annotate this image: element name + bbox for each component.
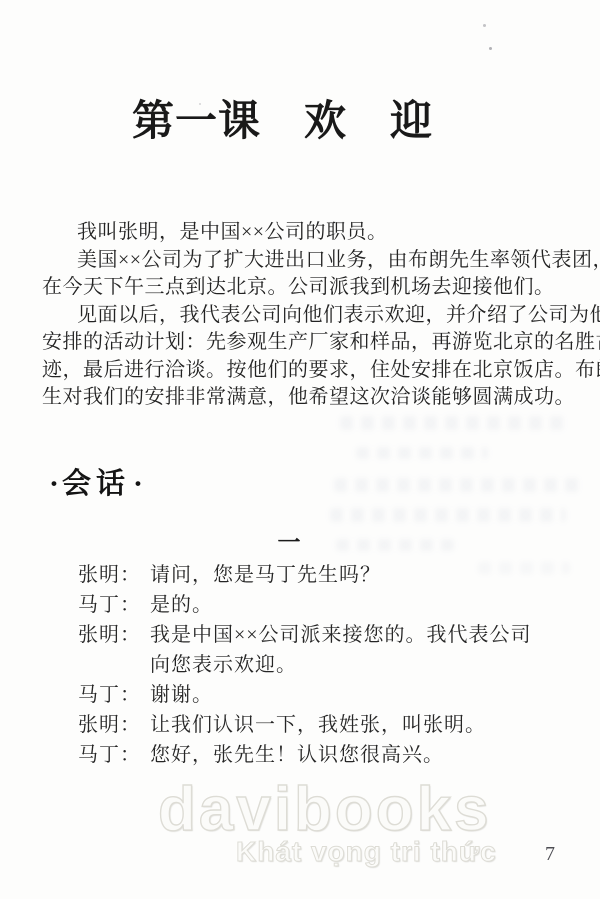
bleedthrough-artifact [330, 508, 566, 522]
utterance: 您好，张先生！认识您很高兴。 [150, 740, 558, 770]
utterance-line: 谢谢。 [150, 680, 558, 710]
bleedthrough-artifact [336, 539, 454, 551]
paragraph-line: 我叫张明，是中国××公司的职员。 [42, 219, 558, 247]
bleedthrough-artifact [334, 478, 582, 492]
watermark-brand: davibooks [158, 779, 492, 841]
paragraph: 我叫张明，是中国××公司的职员。 [42, 219, 558, 247]
utterance-line: 您好，张先生！认识您很高兴。 [150, 740, 558, 770]
paragraph-line: 安排的活动计划：先参观生产厂家和样品，再游览北京的名胜古 [42, 329, 558, 357]
bullet-icon: • [51, 474, 57, 493]
narration-text: 我叫张明，是中国××公司的职员。 美国××公司为了扩大进出口业务，由布朗先生率领… [42, 219, 558, 412]
dialogue-row: 张明： 让我们认识一下，我姓张，叫张明。 [78, 710, 558, 740]
dialogue-row: 马丁： 您好，张先生！认识您很高兴。 [78, 740, 558, 770]
book-page: 第一课 欢 迎 我叫张明，是中国××公司的职员。 美国××公司为了扩大进出口业务… [0, 0, 600, 899]
speaker-name: 马丁： [78, 740, 150, 770]
speaker-name: 马丁： [78, 680, 150, 710]
paragraph: 美国××公司为了扩大进出口业务，由布朗先生率领代表团， 在今天下午三点到达北京。… [42, 247, 558, 302]
paragraph-line: 美国××公司为了扩大进出口业务，由布朗先生率领代表团， [42, 247, 558, 275]
utterance: 谢谢。 [150, 680, 558, 710]
utterance: 让我们认识一下，我姓张，叫张明。 [150, 710, 558, 740]
dialogue-block: 张明： 请问，您是马丁先生吗？ 马丁： 是的。 张明： [78, 560, 558, 770]
utterance-line: 是的。 [150, 590, 558, 620]
speaker-name: 马丁： [78, 590, 150, 620]
bleedthrough-artifact [356, 447, 488, 459]
lesson-title: 第一课 欢 迎 [0, 88, 565, 148]
page-number: 7 [538, 843, 562, 866]
utterance-line: 向您表示欢迎。 [150, 650, 558, 680]
section-header-conversation: •会话• [46, 461, 146, 502]
section-label: 会话 [62, 468, 130, 500]
bleedthrough-artifact [478, 562, 570, 574]
speaker-name: 张明： [78, 620, 150, 650]
paragraph-line: 见面以后，我代表公司向他们表示欢迎，并介绍了公司为他们 [42, 302, 558, 330]
dialogue-row: 马丁： 是的。 [78, 590, 558, 620]
bullet-icon: • [135, 474, 141, 493]
dialogue-row: 张明： 我是中国××公司派来接您的。我代表公司 向您表示欢迎。 [78, 620, 558, 680]
speaker-name: 张明： [78, 710, 150, 740]
scan-speck [199, 103, 201, 105]
utterance-line: 让我们认识一下，我姓张，叫张明。 [150, 710, 558, 740]
utterance-line: 我是中国××公司派来接您的。我代表公司 [150, 620, 558, 650]
scan-speck [483, 24, 486, 27]
scan-speck [489, 47, 492, 50]
utterance: 是的。 [150, 590, 558, 620]
paragraph: 见面以后，我代表公司向他们表示欢迎，并介绍了公司为他们 安排的活动计划：先参观生… [42, 302, 558, 412]
bleedthrough-artifact [340, 416, 566, 430]
paragraph-line: 在今天下午三点到达北京。公司派我到机场去迎接他们。 [42, 274, 558, 302]
paragraph-line: 迹，最后进行洽谈。按他们的要求，住处安排在北京饭店。布朗先 [42, 357, 558, 385]
paragraph-line: 生对我们的安排非常满意，他希望这次洽谈能够圆满成功。 [42, 384, 558, 412]
speaker-name: 张明： [78, 560, 150, 590]
part-number-divider: 一 [0, 524, 578, 557]
utterance: 我是中国××公司派来接您的。我代表公司 向您表示欢迎。 [150, 620, 558, 680]
watermark-tagline: Khát vọng tri thức [236, 838, 497, 866]
dialogue-row: 马丁： 谢谢。 [78, 680, 558, 710]
